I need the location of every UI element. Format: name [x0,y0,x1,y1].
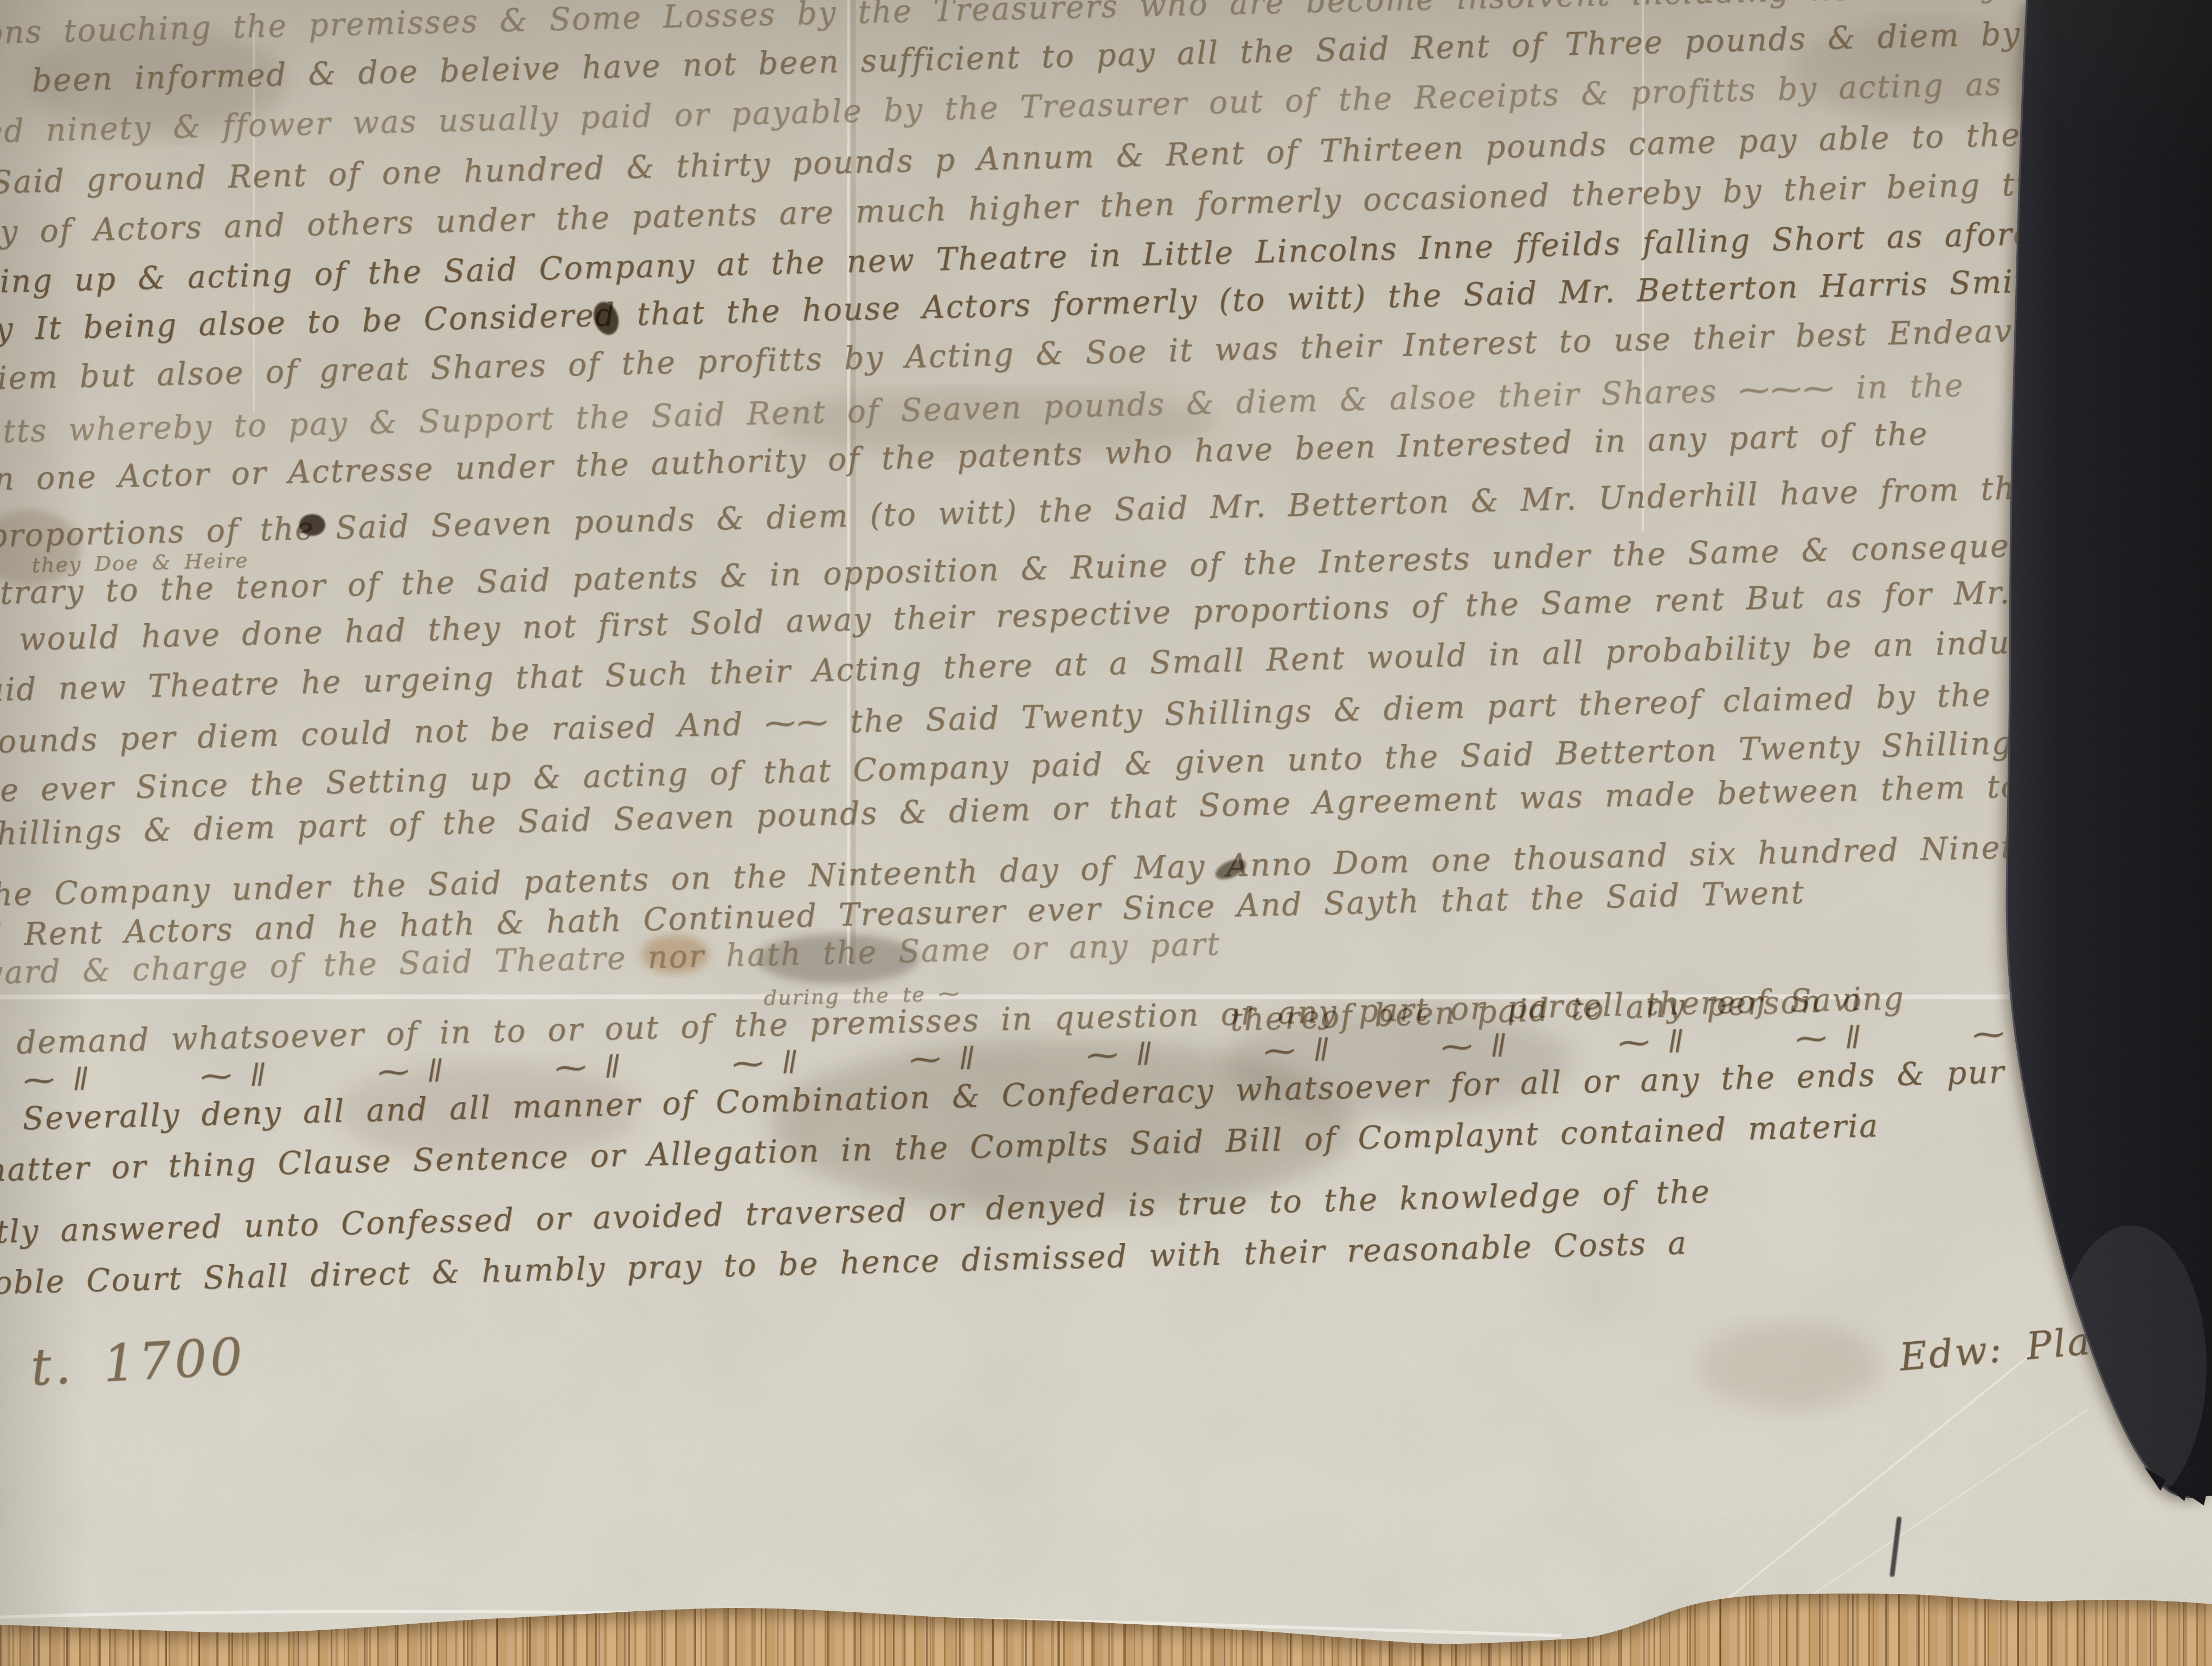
handwriting-layer: ons touching the premisses & Some Losses… [0,0,2212,1666]
date-year: t. 1700 [29,1327,247,1398]
signature: Edw: Pla [1898,1318,2093,1380]
ink-blot [299,514,325,536]
manuscript-photo: ons touching the premisses & Some Losses… [0,0,2212,1666]
